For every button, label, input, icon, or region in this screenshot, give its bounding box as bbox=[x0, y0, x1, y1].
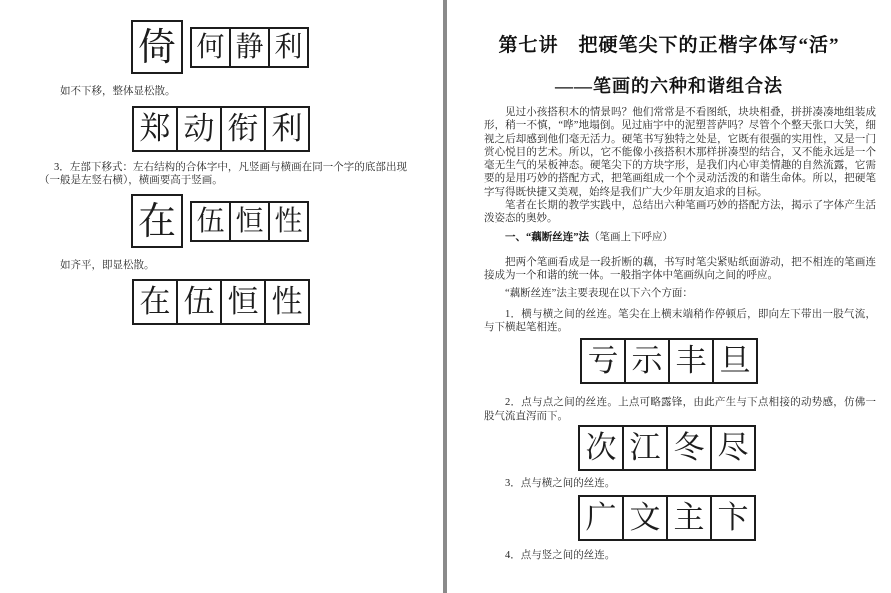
character-cell: 何 bbox=[192, 29, 231, 66]
hand-char: 利 bbox=[272, 114, 303, 145]
example-char-strip: 亏 示 丰 旦 bbox=[580, 338, 758, 384]
character-cell: 衔 bbox=[222, 108, 266, 150]
body-text-column: 见过小孩搭积木的情景吗？他们常常是不看图纸，块块相叠，拼拼凑凑地组装成形，稍一不… bbox=[484, 102, 876, 563]
hand-char: 丰 bbox=[676, 346, 707, 377]
hand-char: 郑 bbox=[140, 114, 171, 145]
hand-char: 广 bbox=[586, 503, 617, 534]
hand-char: 静 bbox=[235, 33, 263, 61]
character-cell: 尽 bbox=[712, 427, 754, 469]
example-char-box-large: 倚 bbox=[131, 20, 183, 74]
character-cell: 利 bbox=[266, 108, 308, 150]
character-cell: 恒 bbox=[231, 203, 270, 240]
caption: 如齐平，即显松散。 bbox=[60, 259, 155, 272]
example-group-2: 郑 动 衔 利 bbox=[132, 106, 310, 152]
paragraph: 见过小孩搭积木的情景吗？他们常常是不看图纸，块块相叠，拼拼凑凑地组装成形，稍一不… bbox=[484, 106, 876, 199]
character-cell: 性 bbox=[270, 203, 307, 240]
hand-char: 在 bbox=[138, 202, 176, 240]
example-char-strip: 次 江 冬 尽 bbox=[578, 425, 756, 471]
character-cell: 主 bbox=[668, 497, 712, 539]
hand-char: 倚 bbox=[138, 28, 176, 66]
character-cell: 静 bbox=[231, 29, 270, 66]
hand-char: 何 bbox=[196, 33, 224, 61]
hand-char: 旦 bbox=[720, 346, 751, 377]
character-cell: 在 bbox=[134, 281, 178, 323]
character-cell: 示 bbox=[626, 340, 670, 382]
hand-char: 主 bbox=[674, 503, 705, 534]
numbered-item: 3．点与横之间的丝连。 bbox=[484, 477, 876, 490]
character-cell: 江 bbox=[624, 427, 668, 469]
numbered-item: 4．点与竖之间的丝连。 bbox=[484, 549, 876, 562]
character-cell: 丰 bbox=[670, 340, 714, 382]
page-right: 第七讲 把硬笔尖下的正楷字体写“活” ——笔画的六种和谐组合法 见过小孩搭积木的… bbox=[447, 0, 891, 593]
page-left: 倚 何 静 利 如不下移，整体显松散。 郑 动 衔 利 3．左部下移式：左右结构… bbox=[0, 0, 443, 593]
hand-char: 利 bbox=[274, 33, 302, 61]
character-cell: 次 bbox=[580, 427, 624, 469]
hand-char: 动 bbox=[184, 114, 215, 145]
section-heading-rest: （笔画上下呼应） bbox=[589, 232, 673, 243]
paragraph: 3．左部下移式：左右结构的合体字中，凡竖画与横画在同一个字的底部出现（一般是左竖… bbox=[39, 161, 407, 188]
character-cell: 亏 bbox=[582, 340, 626, 382]
hand-char: 性 bbox=[272, 287, 303, 318]
chapter-title: 第七讲 把硬笔尖下的正楷字体写“活” bbox=[447, 30, 891, 57]
character-cell: 伍 bbox=[192, 203, 231, 240]
character-cell: 广 bbox=[580, 497, 624, 539]
paragraph: 把两个笔画看成是一段折断的藕，书写时笔尖紧贴纸面游动，把不相连的笔画连接成为一个… bbox=[484, 256, 876, 283]
hand-char: 次 bbox=[586, 433, 617, 464]
hand-char: 卞 bbox=[718, 503, 749, 534]
example-row: 次 江 冬 尽 bbox=[578, 425, 876, 471]
example-char-strip: 在 伍 恒 性 bbox=[132, 279, 310, 325]
book-scan-spread: 倚 何 静 利 如不下移，整体显松散。 郑 动 衔 利 3．左部下移式：左右结构… bbox=[0, 0, 891, 593]
example-char-strip: 伍 恒 性 bbox=[190, 201, 309, 242]
character-cell: 性 bbox=[266, 281, 308, 323]
example-group-1: 倚 何 静 利 bbox=[131, 20, 309, 74]
character-cell: 文 bbox=[624, 497, 668, 539]
character-cell: 伍 bbox=[178, 281, 222, 323]
hand-char: 伍 bbox=[196, 207, 224, 235]
hand-char: 示 bbox=[632, 346, 663, 377]
character-cell: 利 bbox=[270, 29, 307, 66]
chapter-subtitle: ——笔画的六种和谐组合法 bbox=[447, 72, 891, 98]
example-char-box-large: 在 bbox=[131, 194, 183, 248]
hand-char: 衔 bbox=[228, 114, 259, 145]
paragraph: 笔者在长期的教学实践中，总结出六种笔画巧妙的搭配方法，揭示了字体产生活泼姿态的奥… bbox=[484, 199, 876, 226]
paragraph: “藕断丝连”法主要表现在以下六个方面： bbox=[484, 287, 876, 300]
section-heading-bold: 一、“藕断丝连”法 bbox=[505, 232, 589, 243]
character-cell: 郑 bbox=[134, 108, 178, 150]
character-cell: 恒 bbox=[222, 281, 266, 323]
character-cell: 动 bbox=[178, 108, 222, 150]
hand-char: 恒 bbox=[228, 287, 259, 318]
character-cell: 冬 bbox=[668, 427, 712, 469]
example-group-3: 在 伍 恒 性 bbox=[131, 194, 309, 248]
section-heading: 一、“藕断丝连”法（笔画上下呼应） bbox=[484, 231, 876, 244]
hand-char: 江 bbox=[630, 433, 661, 464]
example-group-4: 在 伍 恒 性 bbox=[132, 279, 310, 325]
hand-char: 在 bbox=[140, 287, 171, 318]
caption: 如不下移，整体显松散。 bbox=[60, 85, 176, 98]
example-char-strip: 广 文 主 卞 bbox=[578, 495, 756, 541]
hand-char: 冬 bbox=[674, 433, 705, 464]
numbered-item: 1．横与横之间的丝连。笔尖在上横末端稍作停顿后，即向左下带出一股气流，与下横起笔… bbox=[484, 308, 876, 335]
character-cell: 卞 bbox=[712, 497, 754, 539]
character-cell: 旦 bbox=[714, 340, 756, 382]
hand-char: 尽 bbox=[718, 433, 749, 464]
hand-char: 伍 bbox=[184, 287, 215, 318]
numbered-item: 2．点与点之间的丝连。上点可略露锋，由此产生与下点相接的动势感，仿佛一股气流直泻… bbox=[484, 396, 876, 423]
example-char-strip: 何 静 利 bbox=[190, 27, 309, 68]
example-row: 广 文 主 卞 bbox=[578, 495, 876, 541]
hand-char: 性 bbox=[274, 207, 302, 235]
example-row: 亏 示 丰 旦 bbox=[580, 338, 876, 384]
example-char-strip: 郑 动 衔 利 bbox=[132, 106, 310, 152]
hand-char: 亏 bbox=[588, 346, 619, 377]
hand-char: 文 bbox=[630, 503, 661, 534]
hand-char: 恒 bbox=[235, 207, 263, 235]
